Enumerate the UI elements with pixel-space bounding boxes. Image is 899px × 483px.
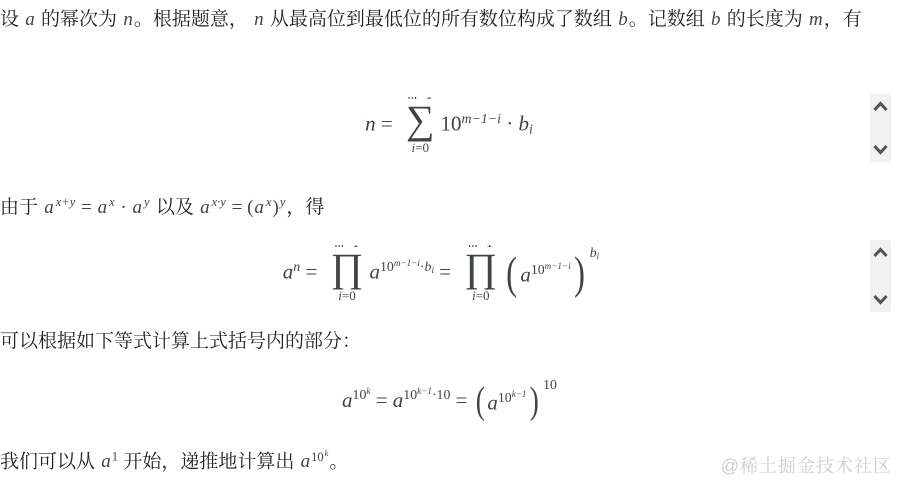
text-run: 的长度为	[721, 9, 808, 30]
math-upright: =	[434, 260, 456, 284]
math-italic: n	[365, 112, 376, 136]
math-italic: k−1	[417, 386, 432, 396]
scroll-down-button[interactable]	[872, 144, 889, 155]
math-upright: ·	[501, 112, 519, 136]
formula-2-scrollbar[interactable]	[870, 240, 891, 312]
text-run: 。根据题意，	[134, 9, 253, 30]
chevron-up-icon	[872, 101, 889, 112]
superscript: k−1	[417, 386, 432, 396]
superscript: m−1−i	[462, 111, 502, 126]
text-run: 的幂次为	[36, 9, 123, 30]
math-upright: 10	[311, 450, 324, 464]
subscript: i	[529, 122, 533, 137]
math-upright: = (	[227, 197, 254, 218]
math-italic: y	[280, 195, 286, 209]
math-italic: m−1−i	[394, 258, 420, 268]
math-italic: x+y	[56, 195, 76, 209]
math-italic: k−1	[512, 389, 527, 399]
math-italic: b	[618, 9, 628, 30]
superscript: 10k	[353, 387, 371, 402]
math-italic: b	[590, 245, 597, 260]
math-italic: i	[597, 251, 600, 261]
operator-glyph: ∏	[331, 250, 364, 287]
math-italic: a	[101, 451, 111, 472]
lower-limit: i=0	[472, 289, 489, 303]
formula-1-scrollbar[interactable]	[870, 94, 891, 162]
text-run: 可以根据如下等式计算上式括号内的部分：	[0, 331, 361, 352]
paren-content: a10k−1	[486, 389, 527, 416]
math-italic: n	[123, 9, 133, 30]
text-run: 。记数组	[629, 9, 710, 30]
math-italic: n	[254, 9, 264, 30]
lower-limit: i=0	[412, 141, 429, 155]
math-upright: =	[376, 112, 398, 136]
math-upright: 10	[498, 390, 512, 405]
left-paren: (	[476, 383, 485, 421]
superscript: 10k	[311, 450, 329, 464]
text-run: 开始，递推地计算出	[118, 451, 300, 472]
superscript: x	[108, 195, 116, 209]
text-run: 我们可以从	[0, 451, 100, 472]
math-italic: a	[370, 260, 381, 284]
math-upright: 10	[353, 387, 367, 402]
superscript: m−1−i	[545, 261, 571, 271]
text-run: ，有	[824, 9, 862, 30]
superscript: k−1	[512, 389, 527, 399]
scroll-down-button[interactable]	[872, 294, 889, 305]
chevron-up-icon	[872, 247, 889, 258]
math-italic: a	[301, 451, 311, 472]
chevron-down-icon	[872, 144, 889, 155]
formula-1: n = m−1∑i=010m−1−i · bi	[365, 97, 533, 155]
right-paren: )	[574, 251, 585, 296]
math-upright: =	[300, 260, 322, 284]
math-italic: x	[266, 195, 272, 209]
text-run: ，得	[286, 197, 324, 218]
text-run: 从最高位到最低位的所有数位构成了数组	[265, 9, 618, 30]
big-operator: m−1∏i=0	[464, 245, 497, 303]
lower-limit: i=0	[338, 289, 355, 303]
math-italic: a	[283, 260, 294, 284]
math-upright: 10	[380, 259, 394, 274]
math-upright: =0	[342, 288, 356, 303]
group-exponent: bi	[590, 245, 599, 260]
math-italic: a	[25, 9, 35, 30]
superscript: 10m−1−i·bi	[380, 259, 434, 274]
text-run: 。	[329, 451, 348, 472]
superscript: x+y	[55, 195, 77, 209]
paren-group: (a10k−1)	[474, 383, 540, 421]
math-upright: 10	[403, 387, 417, 402]
formula-block-1[interactable]: n = m−1∑i=010m−1−i · bi	[0, 88, 868, 164]
math-italic: a	[393, 388, 404, 412]
math-upright: 10	[531, 262, 545, 277]
paragraph-2: 由于 ax+y = ax · ay 以及 ax·y = (ax)y，得	[0, 186, 888, 224]
superscript: y	[143, 195, 151, 209]
superscript: 10m−1−i	[531, 262, 571, 277]
superscript: 10k−1	[498, 390, 527, 405]
math-upright: =0	[476, 288, 490, 303]
math-italic: a	[98, 197, 108, 218]
math-italic: b	[711, 9, 721, 30]
math-italic: m−1−i	[545, 261, 571, 271]
math-upright: =	[370, 388, 392, 412]
math-upright: 10	[543, 377, 557, 392]
big-operator: m−1∑i=0	[406, 97, 435, 155]
text-run: 设	[0, 9, 24, 30]
math-upright: =	[76, 197, 96, 218]
math-italic: x	[109, 195, 115, 209]
math-italic: a	[487, 390, 498, 414]
math-upright: =	[450, 388, 472, 412]
scroll-up-button[interactable]	[872, 101, 889, 112]
math-italic: y	[144, 195, 150, 209]
paren-group: (a10m−1−i)	[504, 251, 586, 296]
big-operator: m−1∏i=0	[331, 245, 364, 303]
operator-glyph: ∑	[406, 102, 435, 139]
math-italic: i	[529, 122, 533, 137]
math-upright: 10	[441, 112, 462, 136]
subscript: i	[597, 251, 600, 261]
math-italic: a	[132, 197, 142, 218]
math-italic: a	[342, 388, 353, 412]
math-italic: a	[254, 197, 264, 218]
paragraph-1: 设 a 的幂次为 n。根据题意， n 从最高位到最低位的所有数位构成了数组 b。…	[0, 4, 888, 36]
paren-content: a10m−1−i	[519, 261, 571, 288]
formula-block-2[interactable]: an = m−1∏i=0a10m−1−i·bi = m−1∏i=0(a10m−1…	[0, 232, 868, 316]
formula-3: a10k = a10k−1·10 = (a10k−1)10	[0, 368, 899, 430]
math-italic: a	[44, 197, 54, 218]
left-paren: (	[506, 251, 517, 296]
math-upright: ·	[116, 197, 132, 218]
text-run: 以及	[151, 197, 200, 218]
right-paren: )	[529, 383, 538, 421]
scroll-up-button[interactable]	[872, 247, 889, 258]
math-upright: ·10	[432, 387, 450, 402]
math-italic: a	[520, 262, 531, 286]
chevron-down-icon	[872, 294, 889, 305]
formula-2: an = m−1∏i=0a10m−1−i·bi = m−1∏i=0(a10m−1…	[283, 245, 599, 303]
math-italic: m	[809, 9, 823, 30]
math-italic: m−1−i	[462, 111, 502, 126]
watermark: @稀土掘金技术社区	[721, 452, 892, 478]
math-italic: a	[200, 197, 210, 218]
superscript: x·y	[211, 195, 227, 209]
math-italic: b	[519, 112, 530, 136]
math-italic: x·y	[212, 195, 226, 209]
article-page: 设 a 的幂次为 n。根据题意， n 从最高位到最低位的所有数位构成了数组 b。…	[0, 0, 899, 483]
superscript: 10k−1·10	[403, 387, 450, 402]
text-run: 由于	[0, 197, 43, 218]
paragraph-3: 可以根据如下等式计算上式括号内的部分：	[0, 326, 888, 358]
math-italic: k	[325, 449, 329, 458]
math-upright: )	[272, 197, 278, 218]
superscript: m−1−i	[394, 258, 420, 268]
operator-glyph: ∏	[464, 250, 497, 287]
formula-3-content: a10k = a10k−1·10 = (a10k−1)10	[342, 377, 557, 421]
group-exponent: 10	[543, 377, 557, 392]
math-upright: =0	[415, 140, 429, 155]
